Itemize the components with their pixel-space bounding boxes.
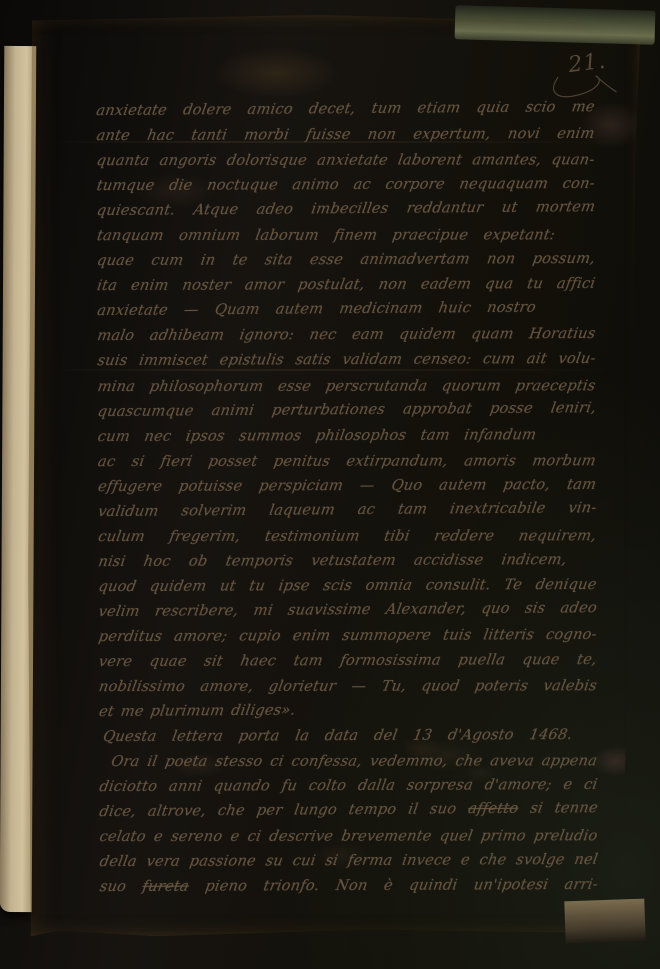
text-segment: Ora il poeta stesso ci confessa, vedemmo…: [110, 752, 599, 770]
text-line: tanquam omnium laborum finem praecipue e…: [95, 223, 557, 249]
text-segment: effugere potuisse perspiciam — Quo autem…: [97, 476, 598, 495]
text-segment: culum fregerim, testimonium tibi reddere…: [97, 527, 598, 545]
text-segment: malo adhibeam ignoro: nec eam quidem qua…: [96, 325, 597, 344]
text-segment: ante hac tanti morbi fuisse non expertum…: [95, 125, 596, 144]
text-line: cum nec ipsos summos philosophos tam inf…: [96, 422, 539, 449]
text-segment: velim rescribere, mi suavissime Alexande…: [97, 599, 598, 620]
text-line: Questa lettera porta la data del 13 d'Ag…: [97, 722, 574, 749]
text-segment: validum solverim laqueum ac tam inextric…: [97, 499, 598, 520]
text-segment: celato e sereno e ci descrive brevemente…: [98, 828, 599, 846]
text-line: quae cum in te sita esse animadvertam no…: [95, 246, 597, 273]
text-line: velim rescribere, mi suavissime Alexande…: [97, 595, 600, 624]
text-line: culum fregerim, testimonium tibi reddere…: [96, 523, 598, 549]
text-line: della vera passione su cui si ferma inve…: [98, 847, 600, 874]
text-line: quanta angoris dolorisque anxietate labo…: [95, 147, 597, 173]
text-line: suis immiscet epistulis satis validam ce…: [95, 346, 597, 373]
text-segment: nobilissimo amore, glorietur — Tu, quod …: [98, 677, 599, 695]
text-line: anxietate — Quam autem medicinam huic no…: [95, 295, 538, 324]
text-segment: suo: [98, 878, 144, 895]
struck-text: affetto: [467, 800, 520, 817]
text-segment: tumque die noctuque animo ac corpore neq…: [95, 175, 596, 194]
text-line: vere quae sit haec tam formosissima puel…: [97, 647, 599, 674]
text-segment: mina philosophorum esse perscrutanda quo…: [96, 377, 597, 395]
text-line: ac si fieri posset penitus extirpandum, …: [96, 448, 598, 474]
text-segment: suis immiscet epistulis satis validam ce…: [96, 350, 597, 369]
text-line: quascumque animi perturbationes approbat…: [96, 395, 599, 424]
text-line: dice, altrove, che per lungo tempo il su…: [97, 795, 600, 824]
text-segment: cum nec ipsos summos philosophos tam inf…: [96, 426, 537, 445]
text-segment: quiescant. Atque adeo imbecilles reddant…: [95, 198, 596, 219]
text-line: Ora il poeta stesso ci confessa, vedemmo…: [97, 748, 599, 774]
text-line: et me plurimum diliges».: [97, 695, 600, 724]
text-segment: nisi hoc ob temporis vetustatem accidiss…: [97, 551, 568, 570]
text-segment: quae cum in te sita esse animadvertam no…: [96, 250, 597, 269]
text-segment: ita enim noster amor postulat, non eadem…: [96, 275, 597, 294]
manuscript-text: anxietate dolere amico decet, tum etiam …: [94, 96, 595, 900]
text-segment: dice, altrove, che per lungo tempo il su…: [98, 800, 470, 820]
text-segment: anxietate — Quam autem medicinam huic no…: [96, 299, 537, 319]
manuscript-page: 21. anxietate dolere amico decet, tum et…: [26, 13, 642, 939]
text-segment: Questa lettera porta la data del 13 d'Ag…: [102, 726, 574, 745]
struck-text: fureta: [141, 878, 190, 895]
manuscript-photo: 21. anxietate dolere amico decet, tum et…: [0, 0, 660, 969]
text-line: suo fureta pieno trionfo. Non è quindi u…: [98, 872, 600, 899]
text-line: quiescant. Atque adeo imbecilles reddant…: [95, 194, 598, 223]
text-segment: quanta angoris dolorisque anxietate labo…: [95, 151, 596, 169]
text-line: malo adhibeam ignoro: nec eam quidem qua…: [95, 321, 597, 348]
text-segment: quascumque animi perturbationes approbat…: [96, 399, 597, 420]
text-segment: della vera passione su cui si ferma inve…: [98, 851, 599, 870]
text-line: validum solverim laqueum ac tam inextric…: [96, 495, 599, 524]
text-segment: vere quae sit haec tam formosissima puel…: [97, 651, 598, 670]
text-segment: perditus amore; cupio enim summopere tui…: [97, 626, 598, 645]
text-line: nisi hoc ob temporis vetustatem accidiss…: [96, 547, 568, 574]
text-line: perditus amore; cupio enim summopere tui…: [97, 622, 599, 649]
text-segment: diciotto anni quando fu colto dalla sorp…: [98, 776, 599, 795]
text-line: anxietate dolere amico decet, tum etiam …: [94, 94, 597, 123]
text-segment: pieno trionfo. Non è quindi un'ipotesi a…: [187, 876, 599, 895]
text-segment: quod quidem ut tu ipse scis omnia consul…: [97, 576, 598, 595]
text-line: ante hac tanti morbi fuisse non expertum…: [94, 121, 596, 148]
text-segment: si tenne: [517, 799, 599, 817]
text-line: celato e sereno e ci descrive brevemente…: [98, 824, 600, 850]
text-segment: et me plurimum diliges».: [98, 702, 297, 721]
text-segment: tanquam omnium laborum finem praecipue e…: [96, 227, 557, 245]
text-segment: ac si fieri posset penitus extirpandum, …: [97, 452, 598, 470]
text-segment: anxietate dolere amico decet, tum etiam …: [95, 98, 596, 119]
